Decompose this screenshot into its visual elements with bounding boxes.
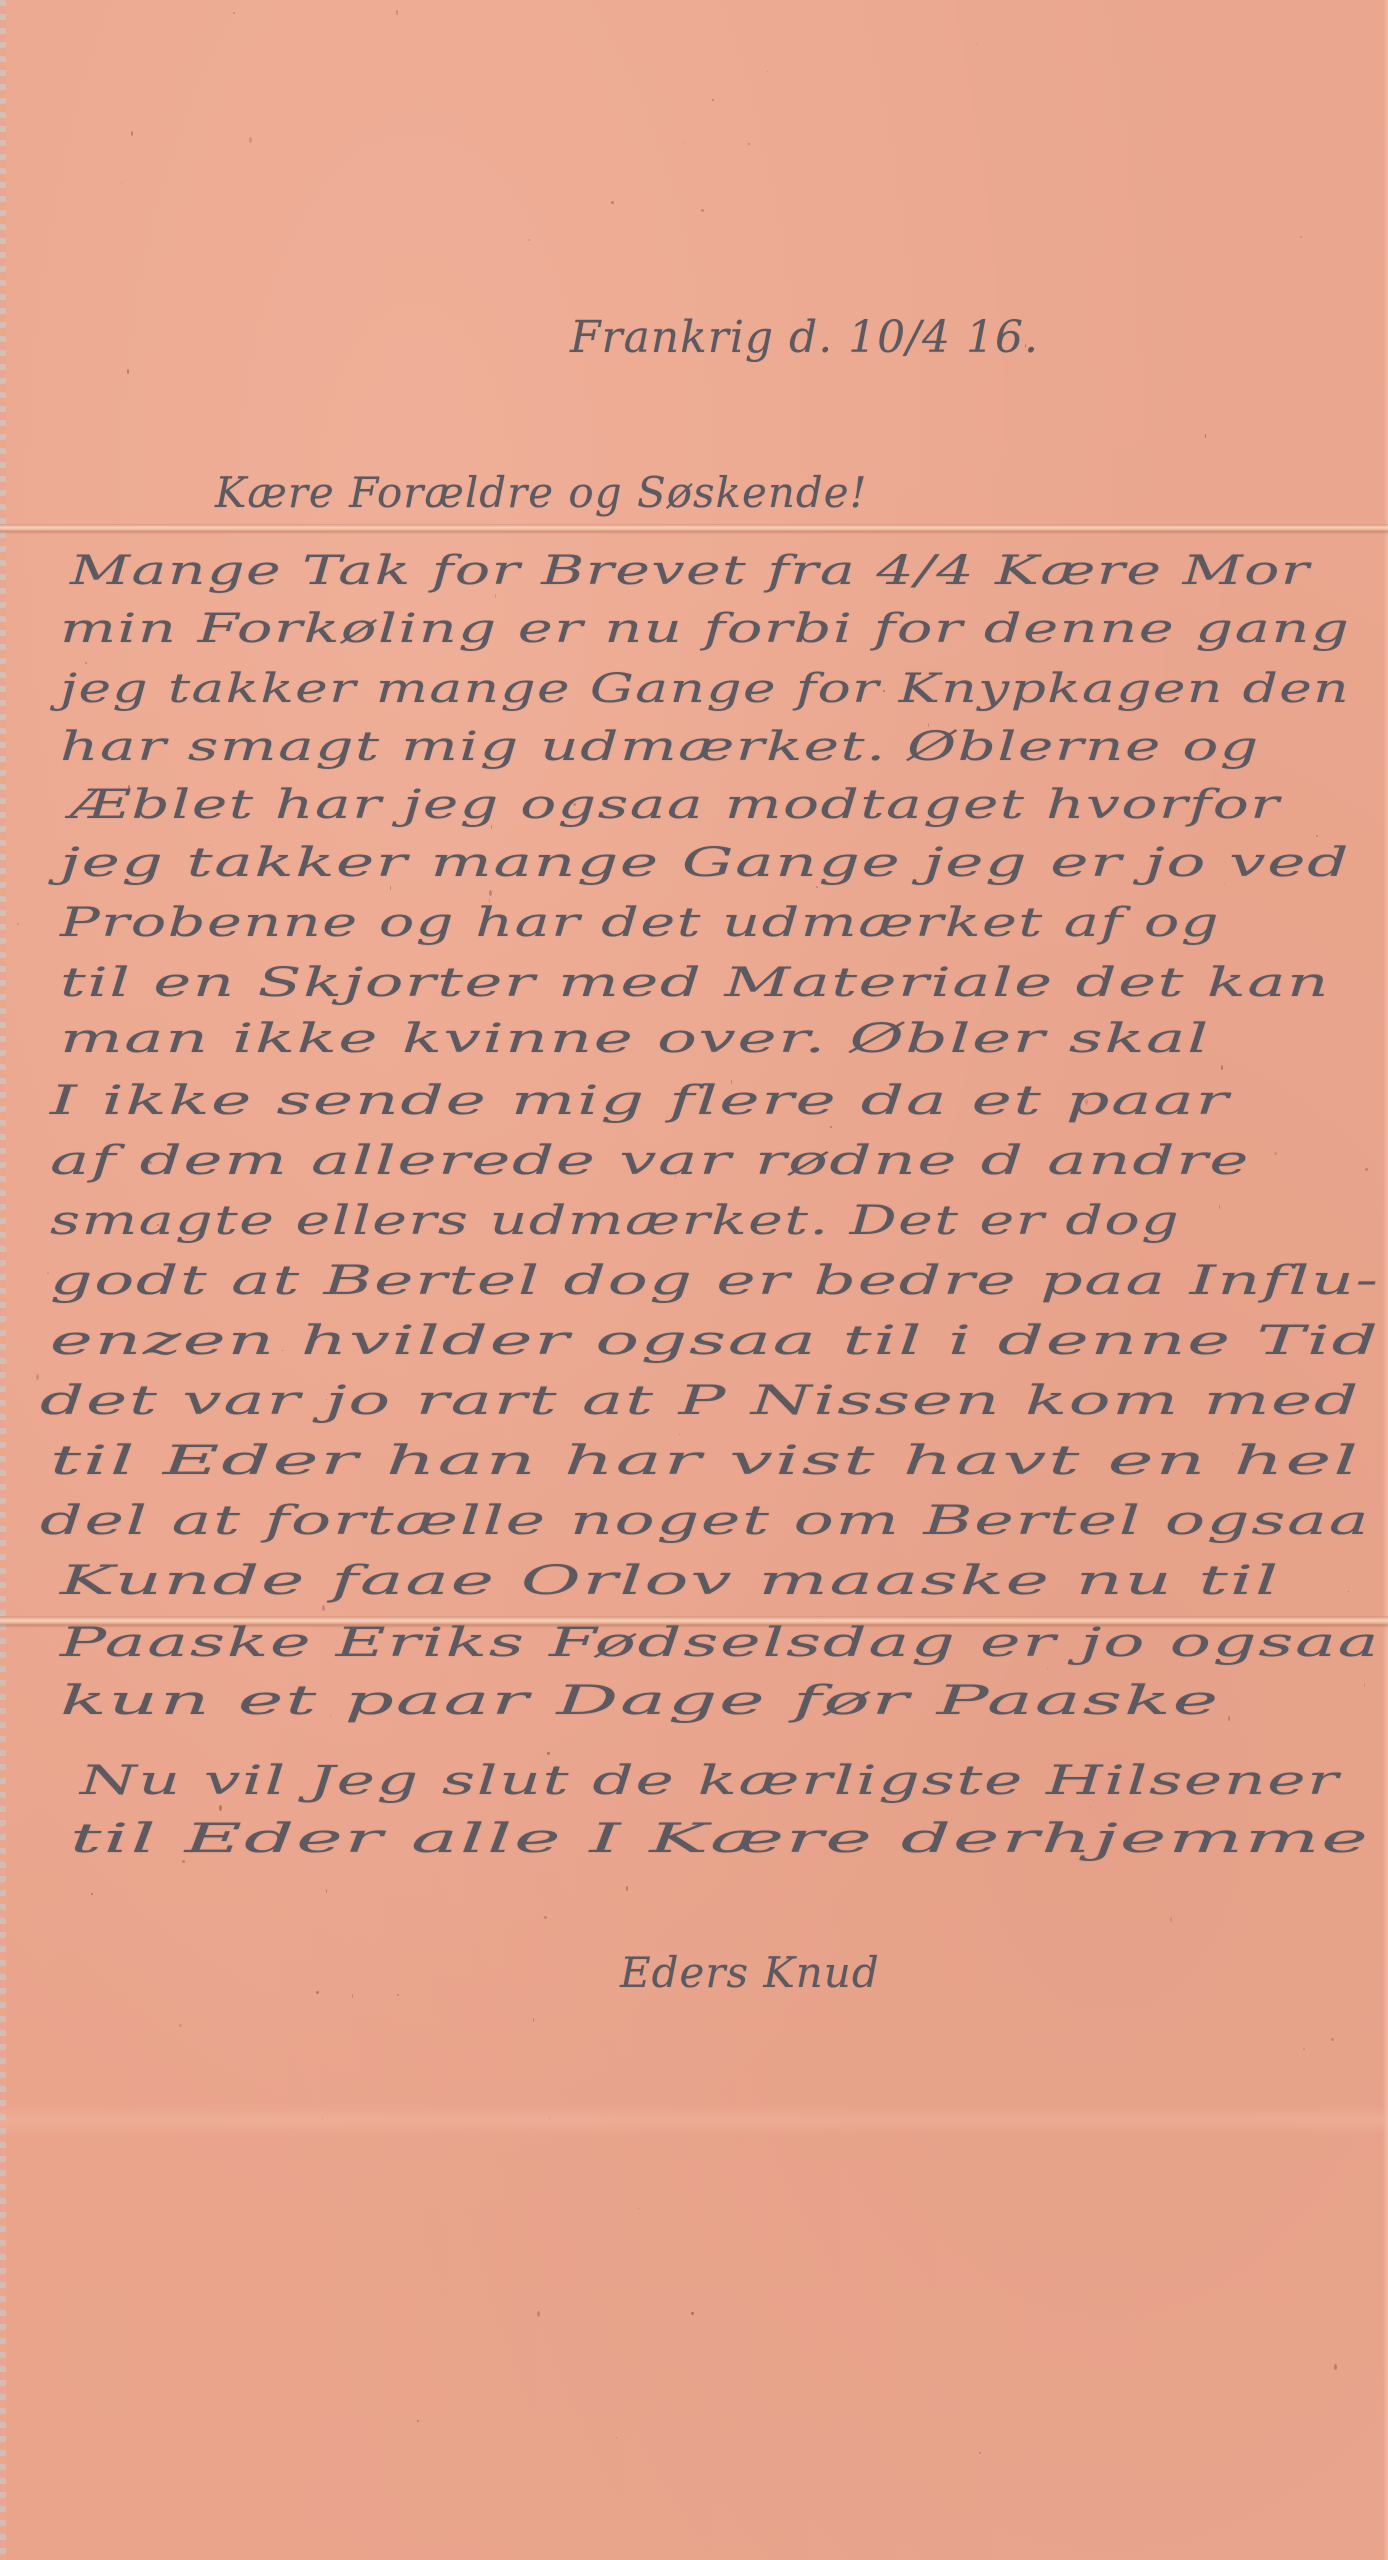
letter-line: af dem allerede var rødne d andre xyxy=(50,1138,1250,1184)
letter-line: Mange Tak for Brevet fra 4/4 Kære Mor xyxy=(70,548,1310,594)
paper-speck xyxy=(1219,1205,1220,1209)
paper-speck xyxy=(616,2437,617,2438)
letter-line: til en Skjorter med Materiale det kan xyxy=(60,960,1330,1006)
paper-speck xyxy=(91,1893,93,1895)
perforated-edge xyxy=(0,0,6,2560)
paper-speck xyxy=(85,662,87,664)
right-edge xyxy=(1383,0,1388,2560)
fold-crease-upper xyxy=(0,524,1388,534)
letter-line: smagte ellers udmærket. Det er dog xyxy=(50,1198,1180,1244)
paper-speck xyxy=(396,10,398,15)
paper-speck xyxy=(249,137,252,143)
paper-speck xyxy=(1221,1065,1223,1070)
paper-speck xyxy=(816,886,818,888)
paper-speck xyxy=(131,131,133,136)
paper-speck xyxy=(1365,1168,1368,1171)
paper-speck xyxy=(691,2312,694,2315)
letter-line: til Eder han har vist havt en hel xyxy=(50,1438,1360,1484)
paper-speck xyxy=(549,2118,550,2119)
letter-line: kun et paar Dage før Paaske xyxy=(60,1678,1220,1724)
paper-speck xyxy=(17,923,19,925)
letter-line: til Eder alle I Kære derhjemme xyxy=(70,1816,1370,1862)
paper-speck xyxy=(397,1994,399,1996)
paper-speck xyxy=(1090,1807,1091,1808)
paper-speck xyxy=(233,12,235,14)
paper-speck xyxy=(679,1434,680,1435)
paper-speck xyxy=(830,1126,832,1128)
paper-speck xyxy=(47,1272,49,1274)
paper-speck xyxy=(976,44,977,45)
paper-speck xyxy=(179,2024,182,2027)
paper-speck xyxy=(767,71,768,72)
paper-speck xyxy=(537,2311,540,2317)
paper-speck xyxy=(1047,1668,1048,1669)
letter-line: Probenne og har det udmærket af og xyxy=(60,900,1220,946)
paper-discoloration xyxy=(0,2105,1388,2135)
paper-speck xyxy=(322,1605,325,1611)
paper-speck xyxy=(1364,1683,1365,1687)
paper-speck xyxy=(1170,1917,1172,1922)
letter-line: har smagt mig udmærket. Øblerne og xyxy=(60,724,1260,770)
paper-speck xyxy=(712,99,714,101)
paper-speck xyxy=(127,369,129,374)
paper-speck xyxy=(1334,2364,1337,2370)
paper-speck xyxy=(544,1916,547,1919)
paper-speck xyxy=(352,1994,353,1998)
paper-speck xyxy=(748,143,750,145)
paper-speck xyxy=(611,201,614,204)
letter-line: jeg takker mange Gange for Knypkagen den xyxy=(60,666,1350,712)
letter-line: Paaske Eriks Fødselsdag er jo ogsaa xyxy=(60,1620,1380,1666)
paper-speck xyxy=(316,1991,319,1994)
paper-speck xyxy=(1300,236,1302,238)
paper-speck xyxy=(489,890,492,896)
paper-speck xyxy=(1205,434,1206,438)
letter-line: det var jo rart at P Nissen kom med xyxy=(40,1378,1360,1424)
paper-speck xyxy=(1331,2038,1334,2041)
paper-speck xyxy=(684,142,685,143)
letter-line: I ikke sende mig flere da et paar xyxy=(50,1078,1230,1124)
letter-line: Nu vil Jeg slut de kærligste Hilsener xyxy=(80,1758,1340,1804)
paper-speck xyxy=(326,1889,327,1893)
paper-speck xyxy=(417,2420,419,2422)
paper-speck xyxy=(1303,2048,1305,2050)
paper-speck xyxy=(979,2452,981,2454)
paper-speck xyxy=(533,2018,534,2022)
signature: Eders Knud xyxy=(620,1948,880,1997)
paper-speck xyxy=(1228,1716,1230,1721)
letter-line: man ikke kvinne over. Øbler skal xyxy=(60,1016,1210,1062)
paper-speck xyxy=(547,1752,550,1755)
paper-speck xyxy=(219,1805,222,1811)
paper-speck xyxy=(322,2119,323,2120)
paper-speck xyxy=(121,183,122,184)
paper-speck xyxy=(638,2208,639,2209)
paper-speck xyxy=(1316,835,1318,837)
paper-speck xyxy=(1274,1152,1277,1155)
letter-line: min Forkøling er nu forbi for denne gang xyxy=(60,606,1350,652)
letter-line: godt at Bertel dog er bedre paa Influ- xyxy=(50,1258,1380,1304)
paper-speck xyxy=(626,1886,628,1891)
dateline: Frankrig d. 10/4 16. xyxy=(570,312,1039,363)
paper-speck xyxy=(36,1374,39,1380)
paper-speck xyxy=(495,594,496,598)
letter-line: jeg takker mange Gange jeg er jo ved xyxy=(60,840,1350,886)
paper-speck xyxy=(528,239,530,241)
letter-page: Frankrig d. 10/4 16. Kære Forældre og Sø… xyxy=(0,0,1388,2560)
salutation: Kære Forældre og Søskende! xyxy=(215,468,868,517)
letter-line: Kunde faae Orlov maaske nu til xyxy=(60,1558,1280,1604)
paper-speck xyxy=(1348,1591,1349,1592)
letter-line: Æblet har jeg ogsaa modtaget hvorfor xyxy=(70,782,1280,828)
paper-speck xyxy=(390,886,391,890)
letter-line: enzen hvilder ogsaa til i denne Tid xyxy=(50,1318,1380,1364)
paper-speck xyxy=(701,209,704,212)
letter-line: del at fortælle noget om Bertel ogsaa xyxy=(40,1498,1370,1544)
